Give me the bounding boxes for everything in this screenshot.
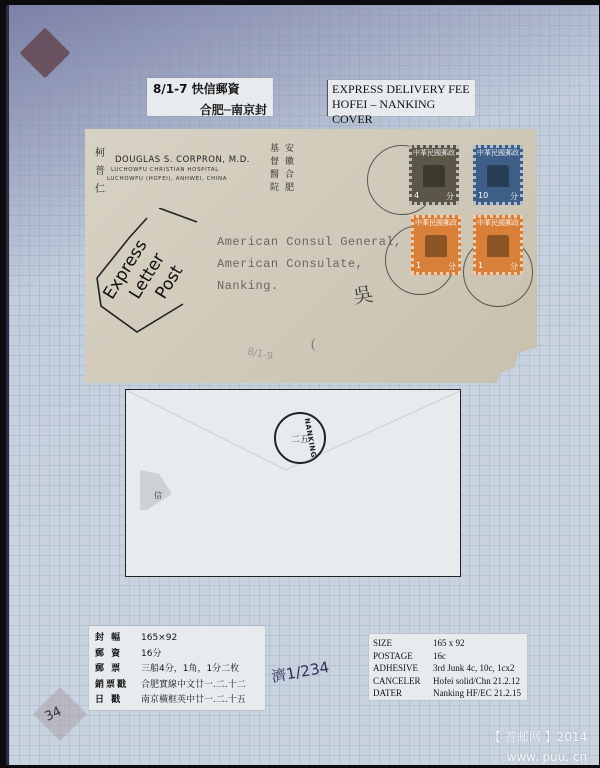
express-letter-post-annotation: Express Letter Post [93, 214, 189, 334]
field-value: 三船4分，1角，1分二枚 [141, 662, 239, 678]
stamp-1c-junk: 中華民國郵政 1分 [411, 215, 461, 275]
sender-cn-col2: 基督醫院 [270, 143, 282, 195]
exhibit-page: 8/1-7 快信郵資 合肥─南京封 EXPRESS DELIVERY FEE H… [6, 5, 599, 765]
field-label: 郵 票 [95, 662, 141, 678]
pencil-note: 8/1-9 [246, 346, 274, 362]
watermark: 【 普邮网 】2014 www. puu. cn [489, 727, 587, 767]
chinese-title-line2: 合肥─南京封 [153, 101, 267, 118]
table-row: 銷票戳合肥實線中文廿一.二.十二 [95, 678, 259, 694]
table-row: POSTAGE16c [373, 650, 523, 663]
nanking-receiving-cancel: 二五 NANKING [274, 412, 326, 464]
chinese-title-label: 8/1-7 快信郵資 合肥─南京封 [147, 78, 273, 116]
chinese-title-line1: 8/1-7 快信郵資 [153, 80, 267, 97]
cover-back: 二五 NANKING 信 [125, 389, 461, 577]
stamp-10c-junk: 中華民國郵政 10分 [473, 145, 523, 205]
table-row: CANCELERHofei solid/Chn 21.2.12 [373, 675, 523, 688]
cover-front: 柯普仁 DOUGLAS S. CORPRON, M.D. LUCHOWFU CH… [85, 129, 537, 383]
field-label: 郵 資 [95, 647, 141, 663]
field-value: 165×92 [141, 631, 177, 647]
english-title-label: EXPRESS DELIVERY FEE HOFEI – NANKING COV… [327, 80, 475, 116]
field-value: Nanking HF/EC 21.2.15 [433, 687, 521, 700]
field-label: POSTAGE [373, 650, 433, 663]
stamp-1c-junk: 中華民國郵政 1分 [473, 215, 523, 275]
field-label: 封 幅 [95, 631, 141, 647]
field-label: CANCELER [373, 675, 433, 688]
address-line: Nanking. [217, 275, 402, 297]
chinese-description-table: 封 幅165×92郵 資16分郵 票三船4分，1角，1分二枚銷票戳合肥實線中文廿… [89, 626, 265, 710]
recipient-address: American Consul General, American Consul… [217, 231, 402, 297]
field-value: 南京橫框英中廿一.二.十五 [141, 693, 246, 709]
stamp-4c-junk: 中華民國郵政 4分 [409, 145, 459, 205]
corner-hinge [20, 28, 71, 79]
handwritten-page-number: 濟1/234 [270, 656, 331, 687]
field-label: SIZE [373, 637, 433, 650]
field-value: 16c [433, 650, 446, 663]
flap-mark: 信 [154, 490, 162, 501]
address-line: American Consul General, [217, 231, 402, 253]
sender-hospital: LUCHOWFU CHRISTIAN HOSPITAL [111, 167, 219, 173]
table-row: ADHESIVE3rd Junk 4c, 10c, 1cx2 [373, 662, 523, 675]
table-row: 郵 資16分 [95, 647, 259, 663]
field-value: 3rd Junk 4c, 10c, 1cx2 [433, 662, 514, 675]
table-row: 日 戳南京橫框英中廿一.二.十五 [95, 693, 259, 709]
english-description-table: SIZE165 x 92POSTAGE16cADHESIVE3rd Junk 4… [369, 634, 527, 700]
sender-chinese-address: 安徽合肥 基督醫院 [265, 143, 297, 195]
table-row: DATERNanking HF/EC 21.2.15 [373, 687, 523, 700]
table-row: 郵 票三船4分，1角，1分二枚 [95, 662, 259, 678]
sender-name: DOUGLAS S. CORPRON, M.D. [115, 155, 250, 165]
table-row: 封 幅165×92 [95, 631, 259, 647]
table-row: SIZE165 x 92 [373, 637, 523, 650]
field-label: ADHESIVE [373, 662, 433, 675]
field-value: 合肥實線中文廿一.二.十二 [141, 678, 246, 694]
english-title-line1: EXPRESS DELIVERY FEE [332, 82, 471, 97]
field-value: 16分 [141, 647, 161, 663]
sender-cn-col1: 安徽合肥 [285, 143, 297, 195]
field-value: 165 x 92 [433, 637, 465, 650]
field-label: DATER [373, 687, 433, 700]
field-label: 銷票戳 [95, 678, 141, 694]
pencil-mark: ( [311, 337, 316, 353]
sender-chinese-name: 柯普仁 [95, 145, 109, 199]
sender-address: LUCHOWFU (HOFEI), ANHWEI, CHINA [107, 176, 227, 182]
field-label: 日 戳 [95, 693, 141, 709]
english-title-line2: HOFEI – NANKING COVER [332, 97, 471, 127]
address-line: American Consulate, [217, 253, 402, 275]
handwritten-signature: 吳 [351, 278, 375, 310]
field-value: Hofei solid/Chn 21.2.12 [433, 675, 520, 688]
